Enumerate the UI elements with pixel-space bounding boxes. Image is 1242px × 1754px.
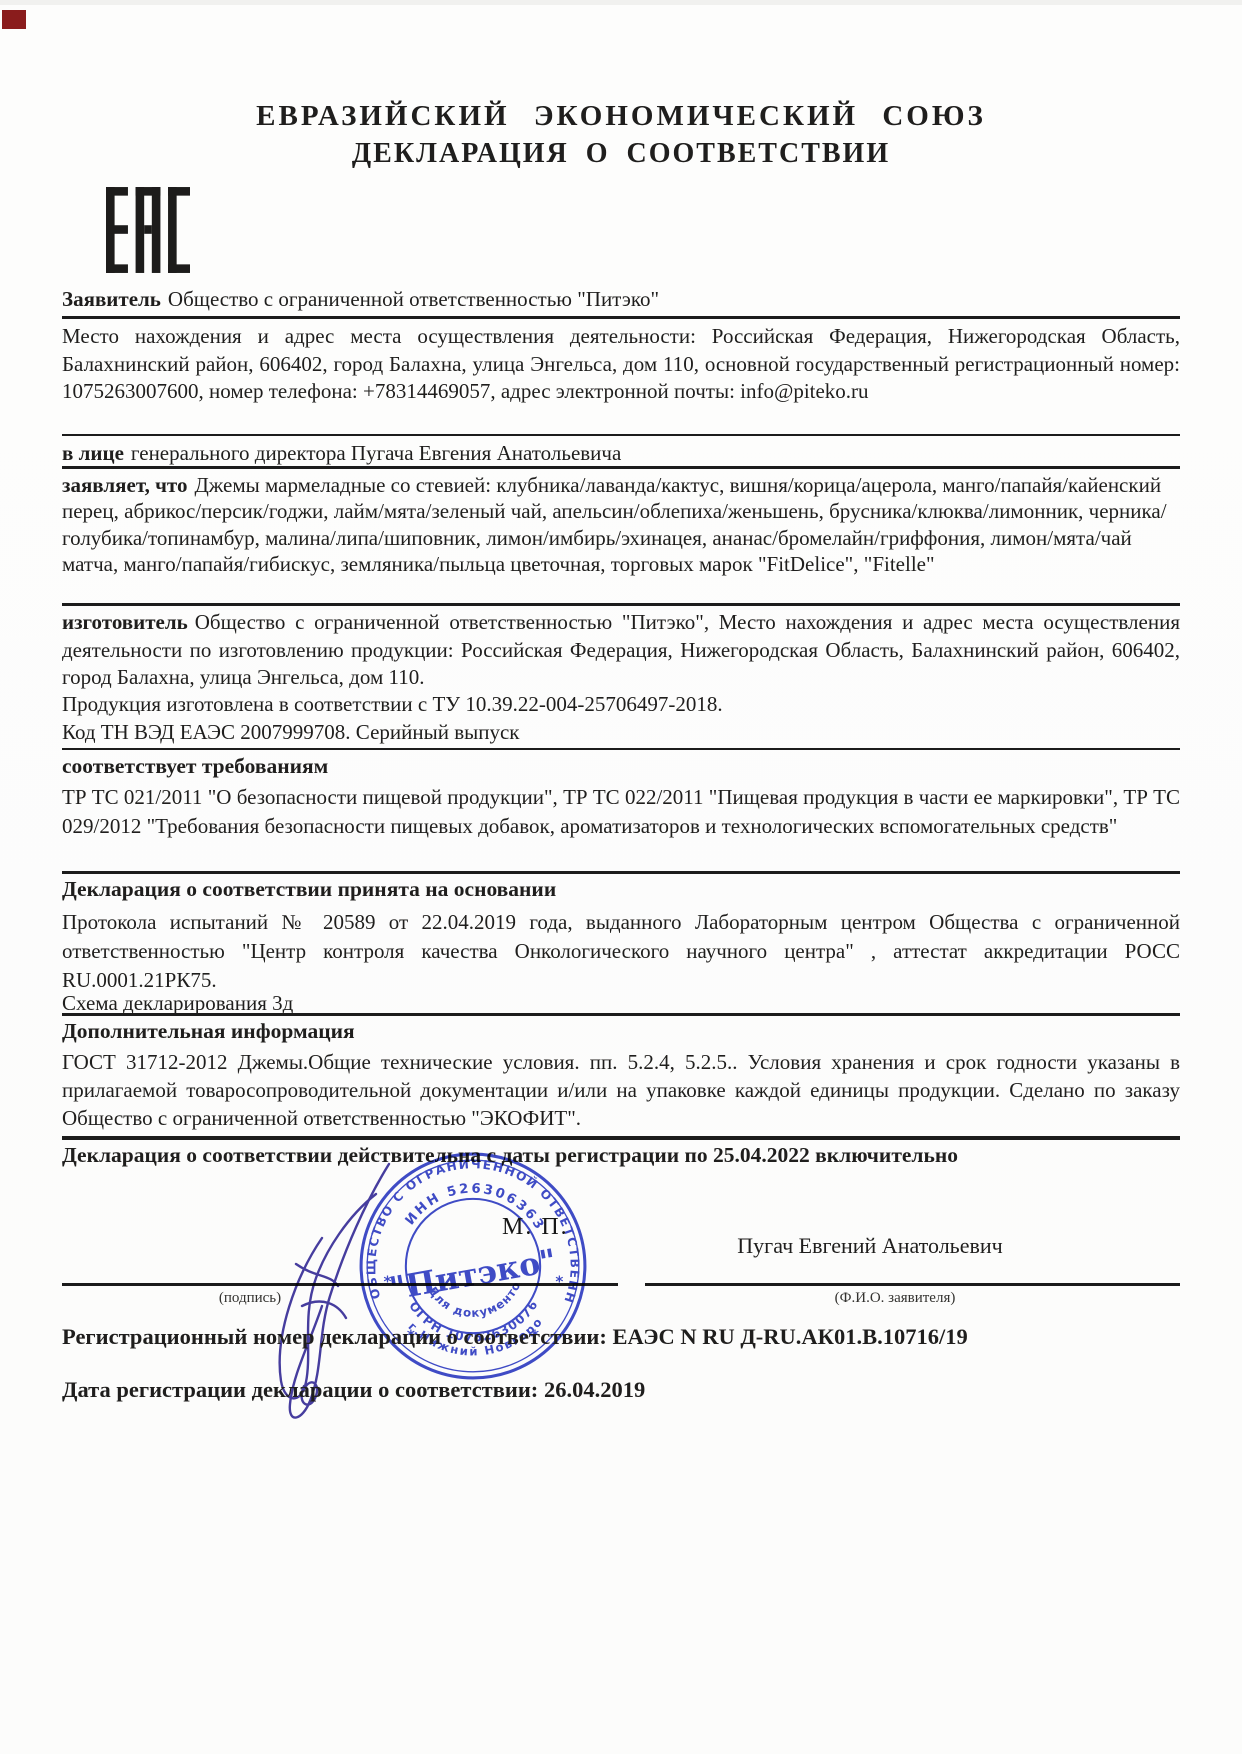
stamp-star-left: *	[383, 1272, 391, 1290]
divider	[62, 1136, 1180, 1140]
registration-label: Регистрационный номер декларации о соотв…	[62, 1324, 607, 1349]
divider	[62, 1013, 1180, 1016]
represented-by-value: генерального директора Пугача Евгения Ан…	[131, 441, 621, 465]
declaration-document: ЕВРАЗИЙСКИЙ ЭКОНОМИЧЕСКИЙ СОЮЗ ДЕКЛАРАЦИ…	[0, 0, 1242, 1754]
date-value: 26.04.2019	[544, 1377, 645, 1402]
manufacturer-label: изготовитель	[62, 610, 188, 634]
represented-by-label: в лице	[62, 441, 124, 465]
applicant-label: Заявитель	[62, 287, 161, 311]
tu-line: Продукция изготовлена в соответствии с Т…	[62, 691, 1180, 718]
date-label: Дата регистрации декларации о соответств…	[62, 1377, 538, 1402]
location-paragraph: Место нахождения и адрес места осуществл…	[62, 323, 1180, 406]
scan-artifact-band	[0, 0, 1242, 5]
complies-heading: соответствует требованиям	[62, 754, 1180, 779]
name-caption: (Ф.И.О. заявителя)	[770, 1290, 1020, 1307]
divider	[62, 603, 1180, 606]
divider	[62, 871, 1180, 874]
applicant-full-name: Пугач Евгений Анатольевич	[640, 1233, 1100, 1259]
registration-number: ЕАЭС N RU Д-RU.АК01.В.10716/19	[613, 1324, 968, 1349]
divider	[62, 748, 1180, 750]
corner-red-mark	[2, 10, 26, 29]
basis-heading: Декларация о соответствии принята на осн…	[62, 877, 1180, 902]
declares-label: заявляет, что	[62, 473, 187, 497]
basis-paragraph: Протокола испытаний № 20589 от 22.04.201…	[62, 908, 1180, 995]
divider	[62, 316, 1180, 319]
applicant-line: ЗаявительОбщество с ограниченной ответст…	[62, 286, 1180, 313]
declares-paragraph: заявляет, чтоДжемы мармеладные со стевие…	[62, 472, 1180, 577]
divider	[62, 466, 1180, 469]
eac-mark-icon	[106, 186, 190, 274]
complies-paragraph: ТР ТС 021/2011 "О безопасности пищевой п…	[62, 783, 1180, 841]
registration-number-line: Регистрационный номер декларации о соотв…	[62, 1324, 968, 1350]
tnved-code-line: Код ТН ВЭД ЕАЭС 2007999708. Серийный вып…	[62, 719, 1180, 746]
additional-heading: Дополнительная информация	[62, 1019, 1180, 1044]
additional-paragraph: ГОСТ 31712-2012 Джемы.Общие технические …	[62, 1048, 1180, 1132]
declares-value: Джемы мармеладные со стевией: клубника/л…	[62, 473, 1167, 576]
manufacturer-paragraph: изготовительОбщество с ограниченной отве…	[62, 609, 1180, 692]
union-title: ЕВРАЗИЙСКИЙ ЭКОНОМИЧЕСКИЙ СОЮЗ	[0, 100, 1242, 133]
mp-seal-placeholder: М. П.	[502, 1214, 569, 1241]
applicant-value: Общество с ограниченной ответственностью…	[168, 287, 659, 311]
name-line	[645, 1283, 1180, 1286]
registration-date-line: Дата регистрации декларации о соответств…	[62, 1377, 645, 1403]
manufacturer-value: Общество с ограниченной ответственностью…	[62, 610, 1180, 689]
represented-by-line: в лицегенерального директора Пугача Евге…	[62, 440, 1180, 467]
document-title: ДЕКЛАРАЦИЯ О СООТВЕТСТВИИ	[0, 138, 1242, 170]
divider	[62, 434, 1180, 436]
stamp-star-right: *	[555, 1272, 563, 1290]
